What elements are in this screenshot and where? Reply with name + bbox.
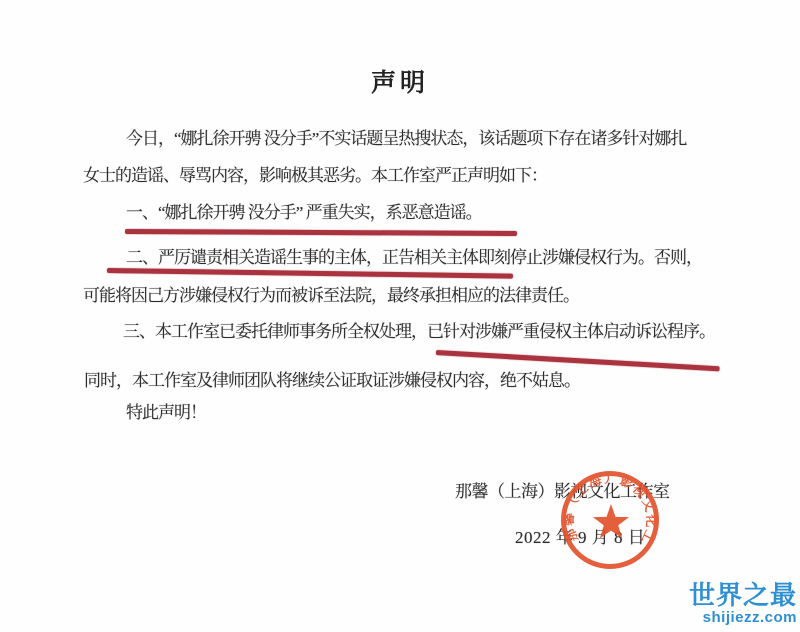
statement-page: 声明 今日，“娜扎徐开骋 没分手”不实话题呈热搜状态，该话题项下存在诸多针对娜扎… [0,0,800,632]
closing-line: 特此声明！ [126,401,206,425]
watermark-domain: shijiezz.com [703,610,797,625]
statement-title: 声明 [0,63,800,99]
watermark-logo-text: 世界之最 [689,582,797,608]
site-watermark: 世界之最 shijiezz.com [689,582,797,625]
item-3-line-1: 三、本工作室已委托律师事务所全权处理，已针对涉嫌严重侵权主体启动诉讼程序。 [123,320,715,344]
item-2-line-2: 可能将因己方涉嫌侵权行为而被诉至法院，最终承担相应的法律责任。 [83,284,579,308]
intro-line-2: 女士的造谣、辱骂内容，影响极其恶劣。本工作室严正声明如下： [83,164,547,188]
item-3-line-2: 同时，本工作室及律师团队将继续公证取证涉嫌侵权内容，绝不姑息。 [84,369,580,393]
red-underline-1 [125,229,517,236]
studio-seal-stamp: 那馨（上海）影视文化工作室 [552,462,668,578]
document-layer: 声明 今日，“娜扎徐开骋 没分手”不实话题呈热搜状态，该话题项下存在诸多针对娜扎… [0,0,800,632]
seal-star-icon [593,504,629,538]
item-1-line: 一、“娜扎徐开骋 没分手” 严重失实，系恶意造谣。 [126,201,482,225]
item-2-line-1: 二、严厉谴责相关造谣生事的主体，正告相关主体即刻停止涉嫌侵权行为。否则， [126,246,702,270]
seal-ring-text: 那馨（上海）影视文化工作室 [552,462,659,547]
intro-line-1: 今日，“娜扎徐开骋 没分手”不实话题呈热搜状态，该话题项下存在诸多针对娜扎 [126,127,686,151]
